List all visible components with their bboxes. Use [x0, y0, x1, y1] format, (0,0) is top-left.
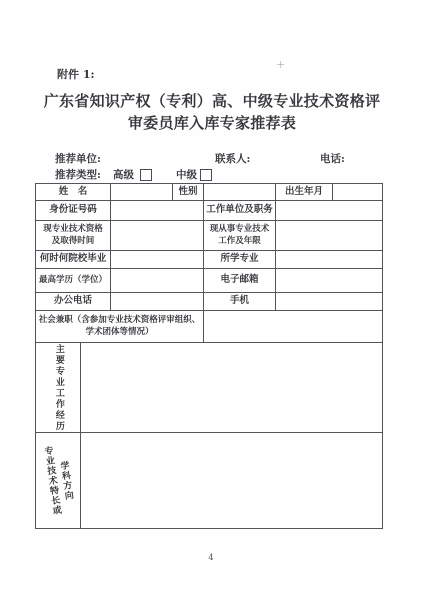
senior-checkbox — [140, 169, 152, 181]
work-years-value-cell — [276, 221, 383, 251]
email-label-cell: 电子邮箱 — [204, 269, 276, 293]
social-posts-value-cell — [204, 311, 383, 343]
email-value-cell — [276, 269, 383, 293]
qualification-label-cell: 现专业技术资格 及取得时间 — [36, 221, 111, 251]
major-value-cell — [276, 251, 383, 269]
specialty-value-cell — [81, 433, 383, 529]
work-experience-value-cell — [81, 343, 383, 433]
qualification-label-line2: 及取得时间 — [52, 236, 95, 247]
work-years-label-line2: 工作及年限 — [218, 236, 261, 247]
major-label-cell: 所学专业 — [204, 251, 276, 269]
birth-value-cell — [333, 184, 383, 201]
degree-value-cell — [111, 269, 204, 293]
graduation-value-cell — [111, 251, 204, 269]
work-years-label-line1: 现从事专业技术 — [210, 224, 270, 235]
page-title-line2: 审委员库入库专家推荐表 — [18, 112, 406, 134]
qualification-label-line1: 现专业技术资格 — [43, 224, 103, 235]
specialty-label-cell: 专业技术特长或 学科方向 — [36, 433, 81, 529]
page-number: 4 — [0, 553, 422, 563]
id-number-value-cell — [111, 201, 204, 221]
qualification-value-cell — [111, 221, 204, 251]
type-mid-label: 中级 — [176, 167, 197, 182]
work-unit-label-cell: 工作单位及职务 — [204, 201, 276, 221]
mobile-value-cell — [276, 293, 383, 311]
social-posts-label-line1: 社会兼职（含参加专业技术资格评审组织、 — [39, 315, 201, 326]
attachment-label: 附件 1: — [57, 66, 95, 82]
gender-label-cell: 性别 — [173, 184, 204, 201]
recommend-type-label: 推荐类型: — [55, 167, 101, 182]
graduation-label-cell: 何时何院校毕业 — [36, 251, 111, 269]
mobile-label-cell: 手机 — [204, 293, 276, 311]
social-posts-label-cell: 社会兼职（含参加专业技术资格评审组织、 学术团体等情况） — [36, 311, 204, 343]
work-years-label-cell: 现从事专业技术 工作及年限 — [204, 221, 276, 251]
social-posts-label-line2: 学术团体等情况） — [85, 327, 153, 338]
work-experience-label: 主要专业工作经历 — [52, 344, 64, 432]
birth-label-cell: 出生年月 — [276, 184, 333, 201]
office-phone-value-cell — [111, 293, 204, 311]
degree-label-cell: 最高学历（学位） — [36, 269, 111, 293]
work-unit-value-cell — [276, 201, 383, 221]
mid-checkbox — [200, 169, 212, 181]
scan-artifact-plus: + — [276, 58, 285, 71]
phone-label: 电话: — [320, 151, 345, 166]
name-label-cell: 姓 名 — [36, 184, 111, 201]
office-phone-label-cell: 办公电话 — [36, 293, 111, 311]
recommendation-form-table: 姓 名 性别 出生年月 身份证号码 工作单位及职务 现专业技术资格 及取得时间 … — [35, 183, 383, 529]
name-value-cell — [111, 184, 173, 201]
page-title-line1: 广东省知识产权（专利）高、中级专业技术资格评 — [18, 90, 406, 112]
work-experience-label-cell: 主要专业工作经历 — [36, 343, 81, 433]
contact-person-label: 联系人: — [215, 151, 250, 166]
id-number-label-cell: 身份证号码 — [36, 201, 111, 221]
type-senior-label: 高级 — [113, 167, 134, 182]
page-title: 广东省知识产权（专利）高、中级专业技术资格评 审委员库入库专家推荐表 — [18, 90, 406, 134]
recommending-unit-label: 推荐单位: — [55, 151, 101, 166]
scanned-form-page: + 附件 1: 广东省知识产权（专利）高、中级专业技术资格评 审委员库入库专家推… — [0, 0, 422, 600]
gender-value-cell — [204, 184, 276, 201]
